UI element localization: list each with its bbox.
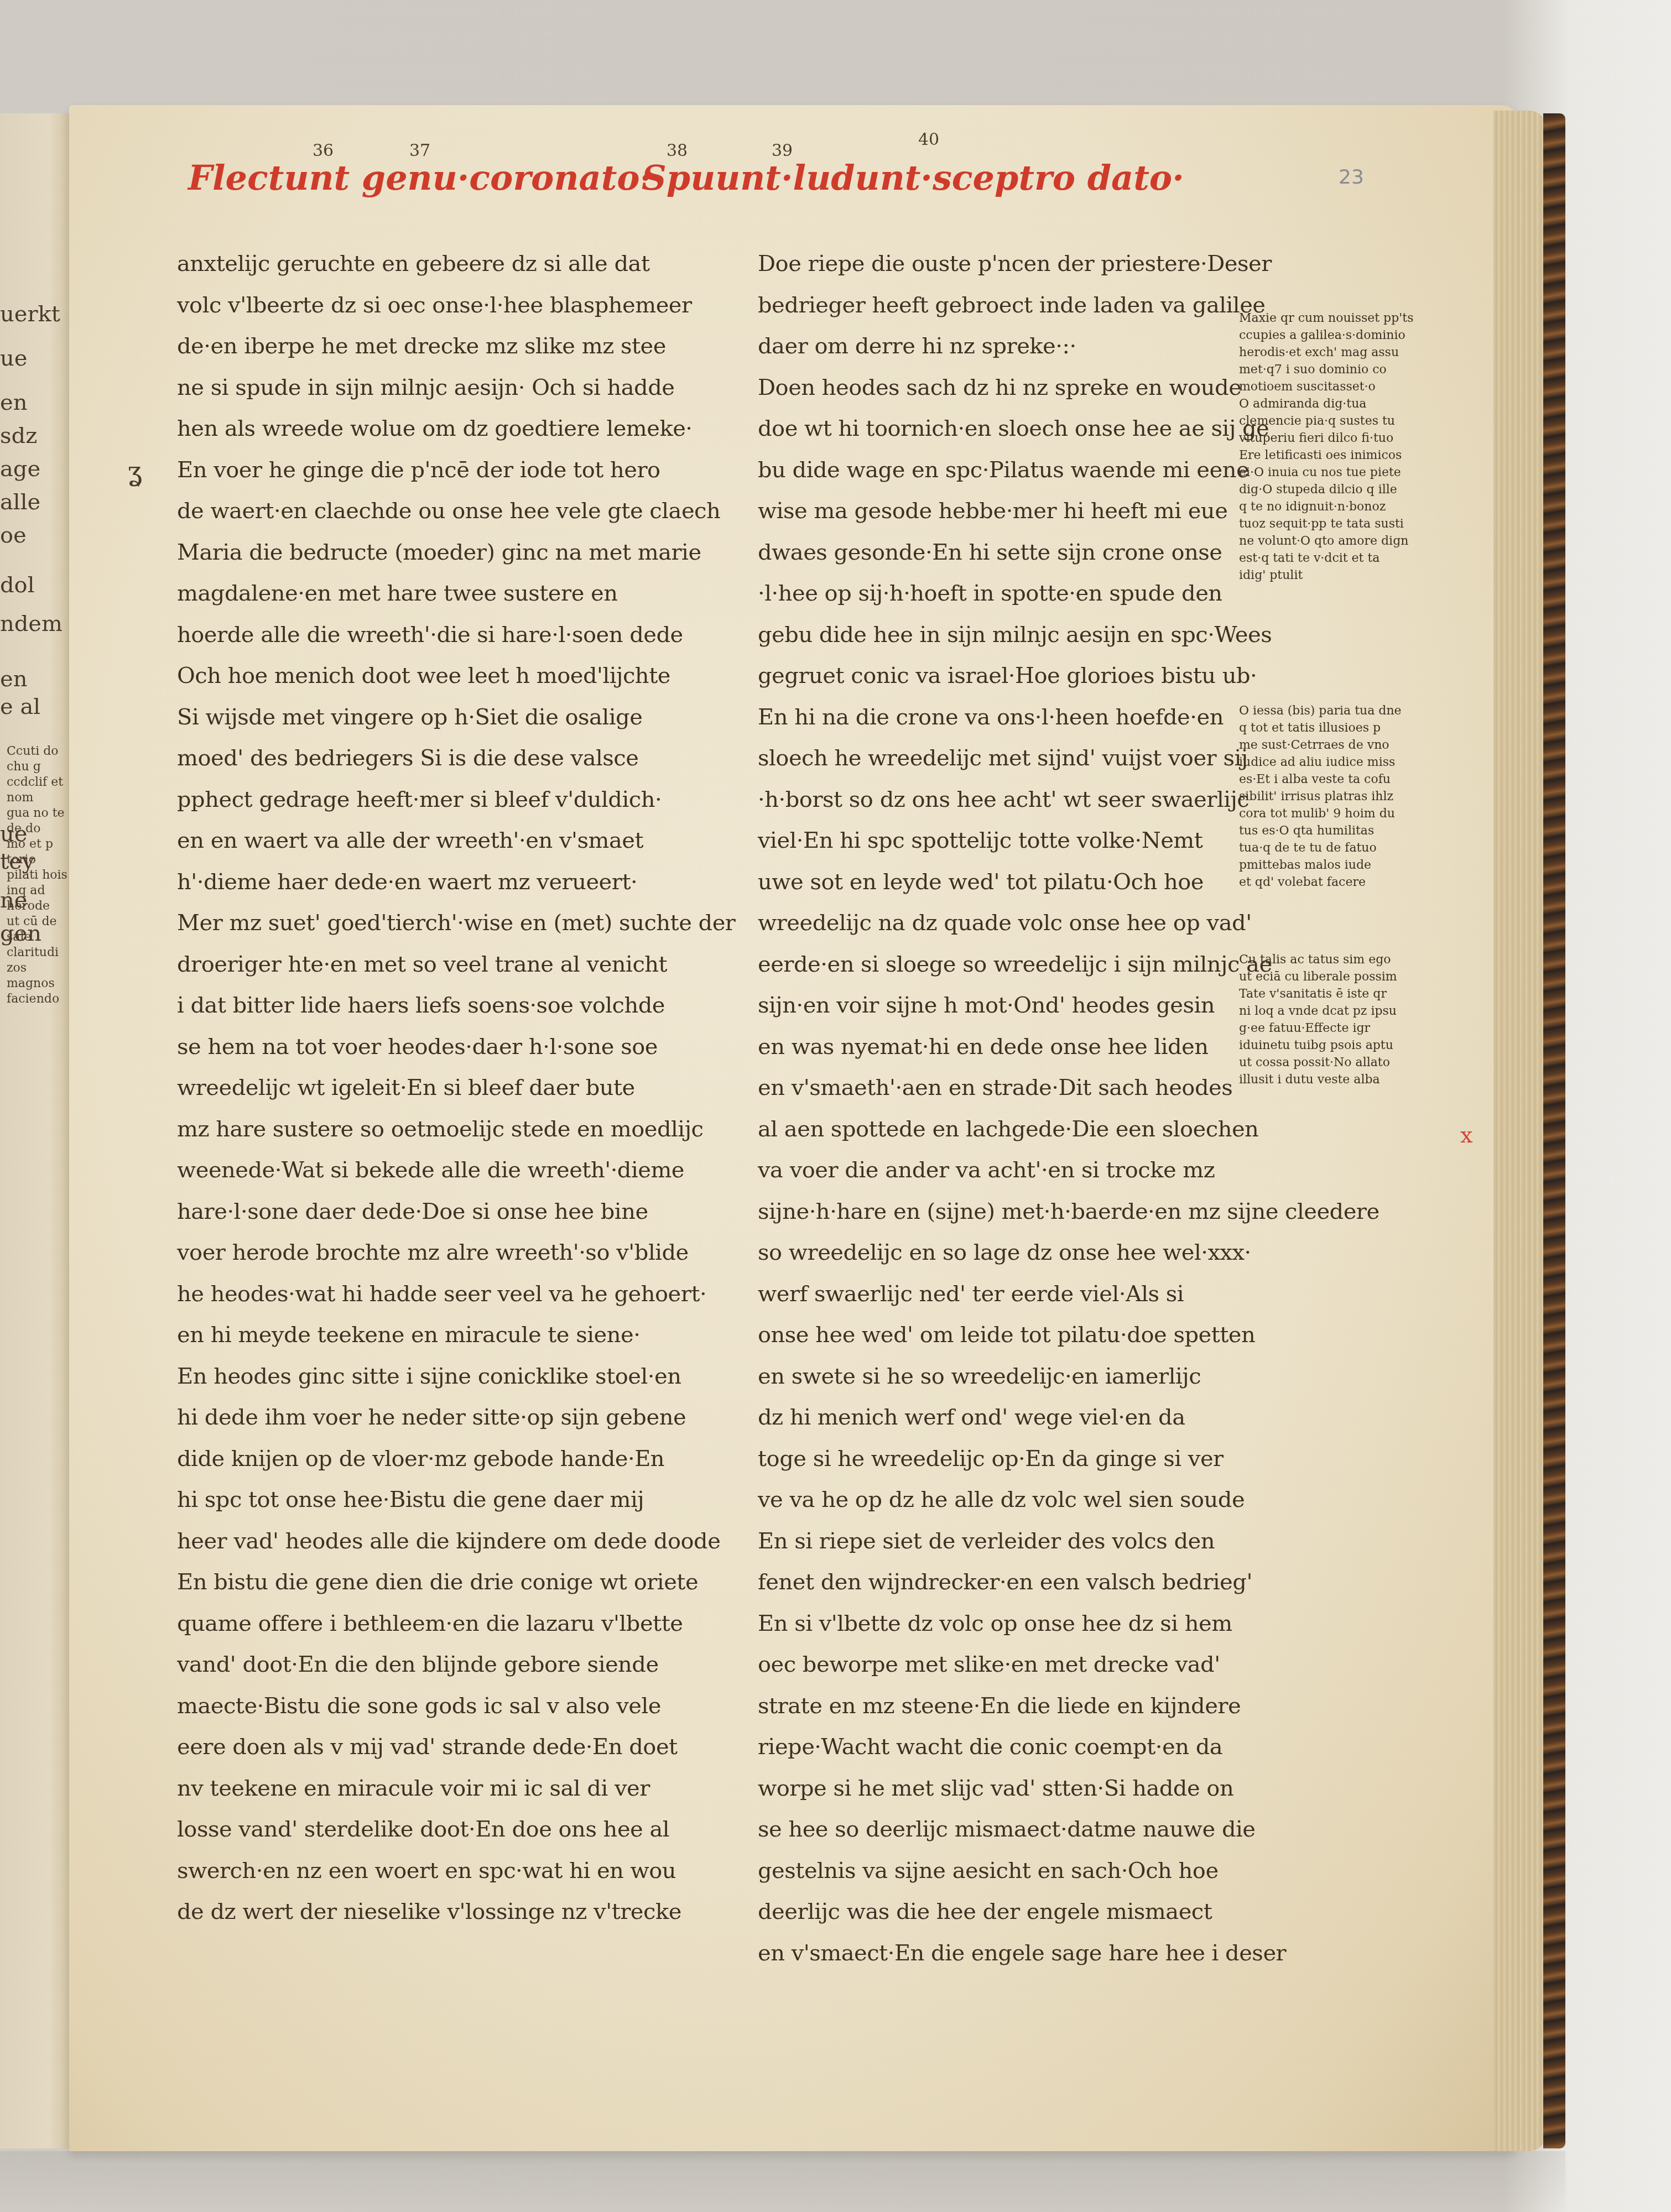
gloss-line: Ccuti do chu g — [7, 744, 67, 775]
text-line: En voer he ginge die p'ncē der iode tot … — [177, 450, 758, 491]
gloss-line: O iessa (bis) paria tua dne — [1239, 702, 1402, 719]
gloss-line: ut cossa possit·No allato — [1239, 1054, 1397, 1071]
text-line: uwe sot en leyde wed' tot pilatu·Och hoe — [758, 862, 1245, 903]
gloss-line: ne volunt·O qto amore dign — [1239, 533, 1413, 550]
pencil-folio-number: 23 — [1339, 166, 1364, 189]
text-line: En heodes ginc sitte i sijne conicklike … — [177, 1356, 758, 1397]
gloss-line: inq ad herode — [7, 883, 67, 914]
gloss-line: faciendo — [7, 992, 67, 1007]
gloss-line: zos magnos — [7, 961, 67, 992]
text-line: Doen heodes sach dz hi nz spreke en woud… — [758, 367, 1245, 409]
text-line: volc v'lbeerte dz si oec onse·l·hee blas… — [177, 285, 758, 326]
gloss-line: tuoz sequit·pp te tata susti — [1239, 515, 1413, 533]
text-line: gebu dide hee in sijn milnjc aesijn en s… — [758, 614, 1245, 656]
gloss-line: pmittebas malos iude — [1239, 857, 1402, 874]
text-line: doe wt hi toornich·en sloech onse hee ae… — [758, 408, 1245, 450]
gloss-line: motioem suscitasset·o — [1239, 378, 1413, 395]
gloss-line: O admiranda dig·tua — [1239, 395, 1413, 413]
text-line: en swete si he so wreedelijc·en iamerlij… — [758, 1356, 1245, 1397]
book-shadow — [0, 2151, 1565, 2212]
gloss-line: et qd' volebat facere — [1239, 874, 1402, 891]
facing-fragment: alle — [0, 489, 40, 515]
text-line: se hem na tot voer heodes·daer h·l·sone … — [177, 1026, 758, 1068]
text-line: En si v'lbette dz volc op onse hee dz si… — [758, 1603, 1245, 1645]
gloss-line: g·ee fatuu·Effecte igr — [1239, 1020, 1397, 1037]
text-line: en v'smaect·En die engele sage hare hee … — [758, 1933, 1245, 1974]
text-line: en en waert va alle der wreeth'·en v'sma… — [177, 820, 758, 862]
facing-page-edge: uerkt ue en sdz age alle oe dol ndem en … — [0, 113, 69, 2148]
text-line: oec beworpe met slike·en met drecke vad' — [758, 1644, 1245, 1686]
red-cross-mark-icon: x — [1460, 1123, 1473, 1148]
text-line: Maria die bedructe (moeder) ginc na met … — [177, 532, 758, 573]
text-line: hoerde alle die wreeth'·die si hare·l·so… — [177, 614, 758, 656]
text-line: En bistu die gene dien die drie conige w… — [177, 1562, 758, 1603]
facing-fragment: dol — [0, 572, 34, 598]
gloss-line: ccupies a galilea·s·dominio — [1239, 327, 1413, 344]
text-line: i dat bitter lide haers liefs soens·soe … — [177, 985, 758, 1026]
verse-number: 40 — [918, 130, 939, 149]
text-line: he heodes·wat hi hadde seer veel va he g… — [177, 1274, 758, 1315]
text-line: gegruet conic va israel·Hoe glorioes bis… — [758, 655, 1245, 697]
facing-fragment: ue — [0, 346, 27, 371]
facing-fragment: en — [0, 390, 27, 415]
text-line: droeriger hte·en met so veel trane al ve… — [177, 944, 758, 985]
gloss-line: est·q tati te v·dcit et ta — [1239, 550, 1413, 567]
gloss-line: pilati hois — [7, 868, 67, 883]
marginal-gloss-3: Cu talis ac tatus sim ego ut eciā cu lib… — [1239, 951, 1397, 1088]
text-line: pphect gedrage heeft·mer si bleef v'duld… — [177, 779, 758, 821]
text-line: wise ma gesode hebbe·mer hi heeft mi eue — [758, 491, 1245, 532]
gloss-line: ccdclif et nom — [7, 775, 67, 806]
gloss-line: q te no idignuit·n·bonoz — [1239, 498, 1413, 515]
text-line: hi dede ihm voer he neder sitte·op sijn … — [177, 1397, 758, 1438]
page-fore-edge — [1493, 111, 1546, 2151]
gloss-line: claritudi — [7, 945, 67, 961]
text-line: se hee so deerlijc mismaect·datme nauwe … — [758, 1809, 1245, 1850]
facing-fragment: sdz — [0, 423, 37, 448]
facing-fragment: age — [0, 456, 40, 482]
gloss-line: q tot et tatis illusioes p — [1239, 719, 1402, 737]
text-line: va voer die ander va acht'·en si trocke … — [758, 1150, 1245, 1191]
text-line: sloech he wreedelijc met sijnd' vuijst v… — [758, 738, 1245, 779]
text-line: onse hee wed' om leide tot pilatu·doe sp… — [758, 1314, 1245, 1356]
facing-fragment: en — [0, 666, 27, 692]
facing-marginal-gloss: Ccuti do chu g ccdclif et nom gua no te … — [7, 744, 67, 1007]
text-line: h'·dieme haer dede·en waert mz verueert· — [177, 862, 758, 903]
text-line: en was nyemat·hi en dede onse hee liden — [758, 1026, 1245, 1068]
gloss-line: iudice ad aliu iudice miss — [1239, 754, 1402, 771]
text-line: ·l·hee op sij·h·hoeft in spotte·en spude… — [758, 573, 1245, 614]
gloss-line: cora tot mulib' 9 hoim du — [1239, 805, 1402, 822]
gloss-line: gua no te de do — [7, 806, 67, 837]
text-line: al aen spottede en lachgede·Die een sloe… — [758, 1109, 1245, 1150]
text-line: de waert·en claechde ou onse hee vele gt… — [177, 491, 758, 532]
text-line: hare·l·sone daer dede·Doe si onse hee bi… — [177, 1191, 758, 1233]
facing-fragment: e al — [0, 694, 40, 719]
text-line: dz hi menich werf ond' wege viel·en da — [758, 1397, 1245, 1438]
gloss-line: mo et p torio — [7, 837, 67, 868]
text-line: magdalene·en met hare twee sustere en — [177, 573, 758, 614]
gloss-line: ut cū de sale — [7, 914, 67, 945]
text-line: moed' des bedriegers Si is die dese vals… — [177, 738, 758, 779]
verse-number: 36 — [313, 141, 334, 160]
text-line: gestelnis va sijne aesicht en sach·Och h… — [758, 1850, 1245, 1892]
text-line: ne si spude in sijn milnjc aesijn· Och s… — [177, 367, 758, 409]
text-line: so wreedelijc en so lage dz onse hee wel… — [758, 1232, 1245, 1274]
gloss-line: illusit i dutu veste alba — [1239, 1071, 1397, 1088]
rubric-left: Flectunt genu·coronato· — [188, 158, 652, 198]
text-line: en v'smaeth'·aen en strade·Dit sach heod… — [758, 1067, 1245, 1109]
text-line: de·en iberpe he met drecke mz slike mz s… — [177, 326, 758, 367]
verse-number: 37 — [409, 141, 430, 160]
gloss-line: herodis·et exch' mag assu — [1239, 344, 1413, 361]
marginal-gloss-1: Maxie qr cum nouisset pp'ts ccupies a ga… — [1239, 310, 1413, 584]
text-line: voer herode brochte mz alre wreeth'·so v… — [177, 1232, 758, 1274]
gloss-line: ut eciā cu liberale possim — [1239, 968, 1397, 985]
text-line: sijn·en voir sijne h mot·Ond' heodes ges… — [758, 985, 1245, 1026]
gloss-line: idig' ptulit — [1239, 567, 1413, 584]
gloss-line: met·q7 i suo dominio co — [1239, 361, 1413, 378]
text-line: bu dide wage en spc·Pilatus waende mi ee… — [758, 450, 1245, 491]
leather-binding — [1543, 113, 1565, 2148]
facing-fragment: oe — [0, 523, 27, 548]
gloss-line: Ere letificasti oes inimicos — [1239, 447, 1413, 464]
gloss-line: tus es·O qta humilitas — [1239, 822, 1402, 839]
text-line: losse vand' sterdelike doot·En doe ons h… — [177, 1809, 758, 1850]
text-line: quame offere i bethleem·en die lazaru v'… — [177, 1603, 758, 1645]
right-text-column: Doe riepe die ouste p'ncen der priestere… — [758, 243, 1245, 1974]
gloss-line: ni loq a vnde dcat pz ipsu — [1239, 1003, 1397, 1020]
text-line: ·h·borst so dz ons hee acht' wt seer swa… — [758, 779, 1245, 821]
text-line: deerlijc was die hee der engele mismaect — [758, 1891, 1245, 1933]
text-line: dwaes gesonde·En hi sette sijn crone ons… — [758, 532, 1245, 573]
gloss-line: sibilit' irrisus platras ihlz — [1239, 788, 1402, 805]
text-line: En hi na die crone va ons·l·heen hoefde·… — [758, 697, 1245, 738]
text-line: daer om derre hi nz spreke·:· — [758, 326, 1245, 367]
text-line: de dz wert der nieselike v'lossinge nz v… — [177, 1891, 758, 1933]
text-line: Och hoe menich doot wee leet h moed'lijc… — [177, 655, 758, 697]
text-line: Si wijsde met vingere op h·Siet die osal… — [177, 697, 758, 738]
paragraph-mark-icon: ʓ — [127, 456, 142, 487]
text-line: hen als wreede wolue om dz goedtiere lem… — [177, 408, 758, 450]
text-line: eere doen als v mij vad' strande dede·En… — [177, 1726, 758, 1768]
rubric-header: Flectunt genu·coronato· Spuunt·ludunt·sc… — [188, 141, 1239, 202]
text-line: fenet den wijndrecker·en een valsch bedr… — [758, 1562, 1245, 1603]
verse-number: 38 — [667, 141, 688, 160]
text-line: wreedelijc na dz quade volc onse hee op … — [758, 902, 1245, 944]
text-line: En si riepe siet de verleider des volcs … — [758, 1521, 1245, 1562]
gloss-line: clemencie pia·q sustes tu — [1239, 413, 1413, 430]
text-line: swerch·en nz een woert en spc·wat hi en … — [177, 1850, 758, 1892]
text-line: ve va he op dz he alle dz volc wel sien … — [758, 1479, 1245, 1521]
text-line: strate en mz steene·En die liede en kijn… — [758, 1686, 1245, 1727]
text-line: wreedelijc wt igeleit·En si bleef daer b… — [177, 1067, 758, 1109]
text-line: viel·En hi spc spottelijc totte volke·Ne… — [758, 820, 1245, 862]
text-line: weenede·Wat si bekede alle die wreeth'·d… — [177, 1150, 758, 1191]
text-line: worpe si he met slijc vad' stten·Si hadd… — [758, 1768, 1245, 1809]
text-line: sijne·h·hare en (sijne) met·h·baerde·en … — [758, 1191, 1245, 1233]
text-line: heer vad' heodes alle die kijndere om de… — [177, 1521, 758, 1562]
text-line: nv teekene en miracule voir mi ic sal di… — [177, 1768, 758, 1809]
text-line: en hi meyde teekene en miracule te siene… — [177, 1314, 758, 1356]
text-line: hi spc tot onse hee·Bistu die gene daer … — [177, 1479, 758, 1521]
facing-fragment: ndem — [0, 611, 63, 637]
text-line: maecte·Bistu die sone gods ic sal v also… — [177, 1686, 758, 1727]
gloss-line: me sust·Cetrraes de vno — [1239, 737, 1402, 754]
gloss-line: iduinetu tuibg psois aptu — [1239, 1037, 1397, 1054]
gloss-line: Maxie qr cum nouisset pp'ts — [1239, 310, 1413, 327]
text-line: werf swaerlijc ned' ter eerde viel·Als s… — [758, 1274, 1245, 1315]
text-line: eerde·en si sloege so wreedelijc i sijn … — [758, 944, 1245, 985]
gloss-line: tua·q de te tu de fatuo — [1239, 839, 1402, 857]
marginal-gloss-2: O iessa (bis) paria tua dne q tot et tat… — [1239, 702, 1402, 891]
facing-fragment: uerkt — [0, 301, 60, 327]
text-line: riepe·Wacht wacht die conic coempt·en da — [758, 1726, 1245, 1768]
text-line: Doe riepe die ouste p'ncen der priestere… — [758, 243, 1245, 285]
gloss-line: Cu talis ac tatus sim ego — [1239, 951, 1397, 968]
gloss-line: vituperiu fieri dilco fi·tuo — [1239, 430, 1413, 447]
left-text-column: anxtelijc geruchte en gebeere dz si alle… — [177, 243, 758, 1933]
text-line: anxtelijc geruchte en gebeere dz si alle… — [177, 243, 758, 285]
text-line: bedrieger heeft gebroect inde laden va g… — [758, 285, 1245, 326]
gloss-line: ei·O inuia cu nos tue piete — [1239, 464, 1413, 481]
gloss-line: dig·O stupeda dilcio q ille — [1239, 481, 1413, 498]
gloss-line: Tate v'sanitatis ē iste qr — [1239, 985, 1397, 1003]
text-line: Mer mz suet' goed'tierch'·wise en (met) … — [177, 902, 758, 944]
text-line: mz hare sustere so oetmoelijc stede en m… — [177, 1109, 758, 1150]
gloss-line: es·Et i alba veste ta cofu — [1239, 771, 1402, 788]
text-line: dide knijen op de vloer·mz gebode hande·… — [177, 1438, 758, 1480]
text-line: toge si he wreedelijc op·En da ginge si … — [758, 1438, 1245, 1480]
verse-number: 39 — [772, 141, 793, 160]
rubric-right: Spuunt·ludunt·sceptro dato· — [642, 158, 1184, 198]
text-line: vand' doot·En die den blijnde gebore sie… — [177, 1644, 758, 1686]
